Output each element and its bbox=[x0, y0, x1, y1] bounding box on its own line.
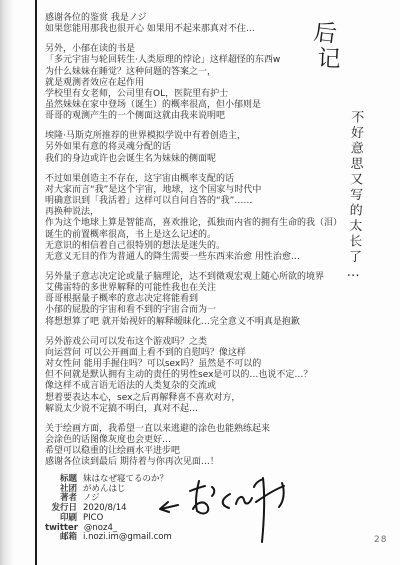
scan-edge-shadow bbox=[0, 0, 14, 565]
afterword-page: 感谢各位的鉴赏 我是ノジ如果您能用那我也很开心 如果用不起来那真对不住…另外，小… bbox=[0, 0, 400, 565]
text-line: 如果您能用那我也很开心 如果用不起来那真对不住… bbox=[45, 24, 342, 35]
text-line: 想着要表达本心，sex之后再解释喜不喜欢对方， bbox=[45, 393, 342, 404]
paragraph: 另外量子意志决定论或量子脑理论，达不到微观宏观上随心所欲的境界艾佛雷特的多世界解… bbox=[45, 272, 342, 328]
text-line: 对女性问 能用手握住吗？可以sex吗？虽然是不可以的 bbox=[45, 359, 342, 370]
text-line: 我们的身边或许也会诞生名为妹妹的侧面呢 bbox=[45, 154, 342, 165]
text-line: 不过如果创造主不存在，这宇宙由概率支配的话 bbox=[45, 174, 342, 185]
paragraph: 不过如果创造主不存在，这宇宙由概率支配的话对大家而言“我”是这个宇宙，地球，这个… bbox=[45, 174, 342, 264]
paragraph: 关于绘画方面，我希望一直以来逃避的涂色也能熟练起来会涂色的话图像灰度也会更好…希… bbox=[45, 424, 342, 469]
text-line: 解说太少说不定搞不明白，真对不起… bbox=[45, 404, 342, 415]
text-line: 哥哥根据量子概率的意志决定将能看到 bbox=[45, 294, 342, 305]
text-line: 关于绘画方面，我希望一直以来逃避的涂色也能熟练起来 bbox=[45, 424, 342, 435]
signature-scribble bbox=[190, 478, 284, 542]
text-line: 为什么妹妹在睡觉？这种问题的答案之一， bbox=[45, 67, 342, 78]
text-line: 艾佛雷特的多世界解释的可能性我也在关注 bbox=[45, 283, 342, 294]
page-number: 28 bbox=[374, 535, 387, 545]
text-line: 「多元宇宙与轮回转生·人类原理的悖论」这样超怪的东西w bbox=[45, 55, 342, 66]
title-char-1: 后 bbox=[312, 19, 338, 48]
paragraph: 埃隆·马斯克所推荐的世界模拟学说中有着创造主，另外如果有意的将灵魂分配的话我们的… bbox=[45, 131, 342, 165]
left-arrow-icon bbox=[160, 502, 178, 512]
text-line: 再换种说法， bbox=[45, 207, 342, 218]
paragraph: 另外游戏公司可以发布这个游戏吗？之类向运营问 可以公开画面上看不到的自慰吗？像这… bbox=[45, 337, 342, 415]
afterword-text: 感谢各位的鉴赏 我是ノジ如果您能用那我也很开心 如果用不起来那真对不住…另外，小… bbox=[45, 13, 342, 477]
side-note-vertical: 不好意思又写的太长了… bbox=[343, 110, 365, 283]
paragraph: 另外，小郁在读的书是「多元宇宙与轮回转生·人类原理的悖论」这样超怪的东西w为什么… bbox=[45, 44, 342, 122]
text-line: 感谢各位的鉴赏 我是ノジ bbox=[45, 13, 342, 24]
text-line: 埃隆·马斯克所推荐的世界模拟学说中有着创造主， bbox=[45, 131, 342, 142]
text-line: 向运营问 可以公开画面上看不到的自慰吗？像这样 bbox=[45, 348, 342, 359]
text-line: 明确意识到「我活着」这样可以自问自答的“我”…… bbox=[45, 196, 342, 207]
text-line: 就是观测者效应在起作用 bbox=[45, 78, 342, 89]
title-char-2: 记 bbox=[317, 47, 341, 73]
text-line: 会涂色的话图像灰度也会更好… bbox=[45, 435, 342, 446]
text-line: 学校里有女老师，公司里有OL，医院里有护士 bbox=[45, 89, 342, 100]
text-line: 无意识的相信着自己很特别的想法是迷失的。 bbox=[45, 241, 342, 252]
text-line: 但不问就是默认拥有主动的责任的男性sex是可以的…也说不定…？ bbox=[45, 370, 342, 381]
text-line: 虽然妹妹在家中登场（诞生）的概率很高，但小郁则是 bbox=[45, 100, 342, 111]
text-line: 将想想算了吧 就开始视奸的解释暧昧化…完全意义不明真是抱歉 bbox=[45, 317, 342, 328]
text-line: 作为这个地球上算是智能高，喜欢推论，孤独而内省的拥有生命的我（泪） bbox=[45, 218, 342, 229]
text-line: 哥哥的观测产生的一个侧面这就由我来说明吧 bbox=[45, 111, 342, 122]
text-line: 小郁的屁股的宇宙和看不到的宇宙合而为一 bbox=[45, 305, 342, 316]
text-line: 另外，小郁在读的书是 bbox=[45, 44, 342, 55]
credit-label: 邮箱 bbox=[45, 533, 77, 543]
text-line: 对大家而言“我”是这个宇宙，地球，这个国家与时代中 bbox=[45, 185, 342, 196]
paragraph: 感谢各位的鉴赏 我是ノジ如果您能用那我也很开心 如果用不起来那真对不住… bbox=[45, 13, 342, 35]
text-line: 像这样不成言语无语法的人类复杂的交流或 bbox=[45, 381, 342, 392]
text-line: 无意义无目的作为普通人的降生需要一些东西来治愈 用性治愈… bbox=[45, 252, 342, 263]
text-line: 诞生的前置概率很高，书上是这么记述的。 bbox=[45, 230, 342, 241]
left-border-line bbox=[35, 0, 37, 565]
text-line: 另外游戏公司可以发布这个游戏吗？之类 bbox=[45, 337, 342, 348]
text-line: 另外量子意志决定论或量子脑理论，达不到微观宏观上随心所欲的境界 bbox=[45, 272, 342, 283]
text-line: 另外如果有意的将灵魂分配的话 bbox=[45, 142, 342, 153]
afterword-title: 后 记 bbox=[309, 20, 345, 73]
text-line: 希望可以稳重的让绘画水平进步吧 bbox=[45, 446, 342, 457]
author-signature bbox=[148, 466, 300, 554]
